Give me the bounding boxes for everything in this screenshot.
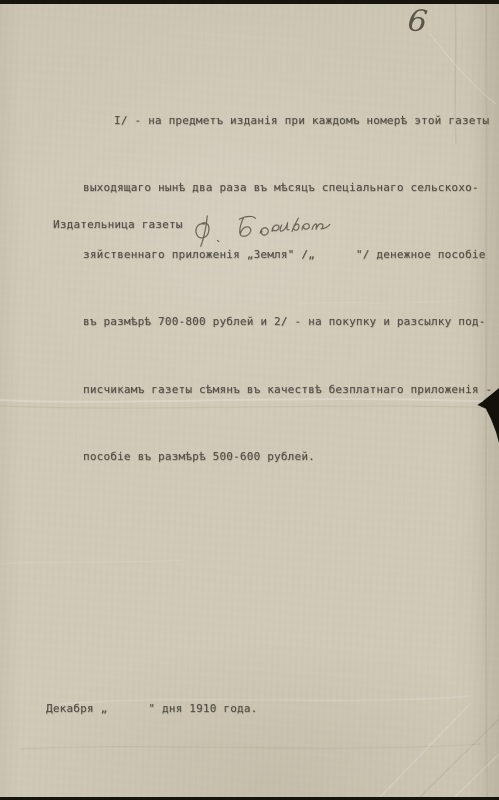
signature-handwriting: [187, 202, 339, 258]
paragraph-line: писчикамъ газеты сѣмянъ въ качествѣ безп…: [83, 379, 493, 401]
handwritten-page-number: 6: [406, 3, 429, 40]
paragraph-line: пособіе въ размѣрѣ 500-600 рублей.: [83, 446, 493, 468]
paper-sheet: 6 I/ - на предметъ изданія при каждомъ н…: [0, 4, 499, 797]
publisher-label: Издательница газеты: [53, 218, 183, 231]
paragraph-line: въ размѣрѣ 700-800 рублей и 2/ - на поку…: [83, 311, 493, 333]
document-scan: 6 I/ - на предметъ изданія при каждомъ н…: [0, 0, 499, 800]
date-line: Декабря „ " дня 1910 года.: [46, 702, 258, 715]
paragraph-line: I/ - на предметъ изданія при каждомъ ном…: [83, 110, 493, 132]
paragraph-line: выходящаго нынѣ два раза въ мѣсяцъ спеці…: [83, 177, 493, 199]
body-paragraph: I/ - на предметъ изданія при каждомъ ном…: [83, 65, 493, 513]
paper-tear: [475, 388, 499, 448]
